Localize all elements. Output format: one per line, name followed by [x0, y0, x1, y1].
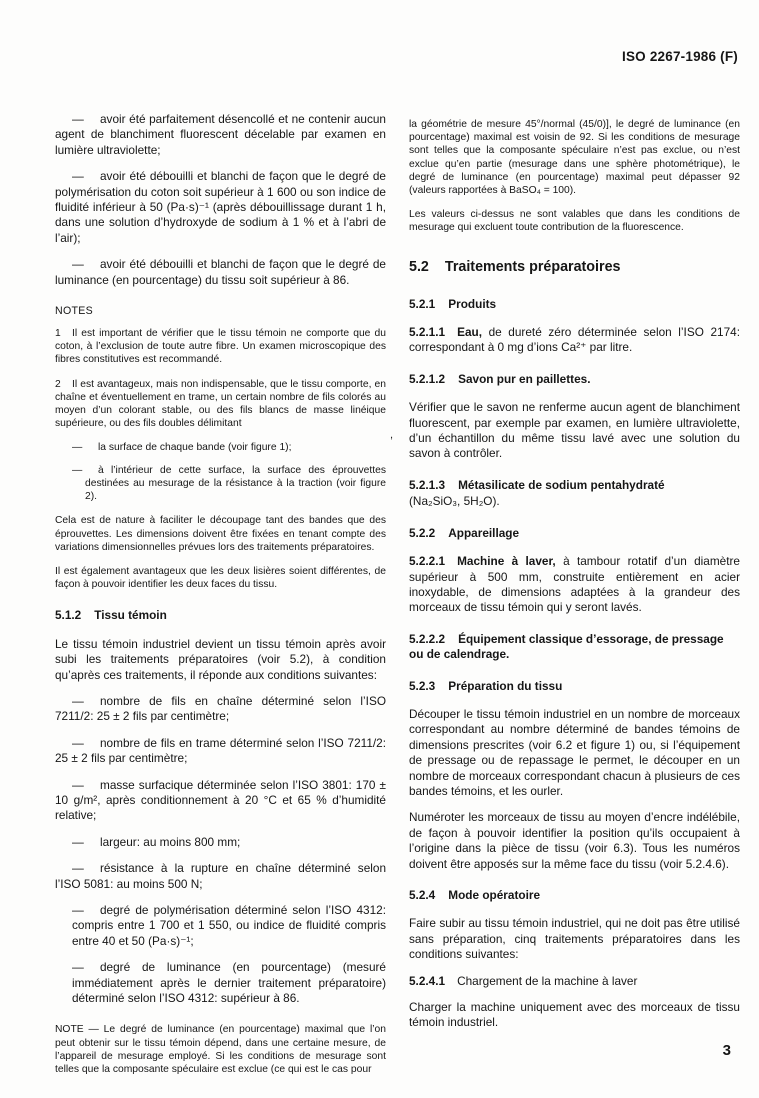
clause-title: Savon pur en paillettes.: [458, 372, 590, 386]
clause-5-1-2-heading: 5.1.2Tissu témoin: [55, 608, 386, 623]
clause-number: 5.2.2.1: [409, 554, 445, 569]
dash-marker: —: [72, 464, 98, 477]
list-item-text: largeur: au moins 800 mm;: [100, 835, 240, 849]
clause-5-2-1-3-heading: 5.2.1.3Métasilicate de sodium pentahydra…: [409, 478, 740, 493]
note-list-item: —la surface de chaque bande (voir figure…: [55, 441, 386, 454]
clause-5-2-heading: 5.2Traitements préparatoires: [409, 259, 740, 275]
clause-number: 5.2.1.3: [409, 478, 445, 493]
list-item: —degré de polymérisation déterminé selon…: [55, 903, 386, 949]
note-text: Il est avantageux, mais non indispensabl…: [55, 379, 386, 430]
list-item: —masse surfacique déterminée selon l’ISO…: [55, 778, 386, 824]
note-number: 1: [55, 327, 72, 340]
note-text: Il est important de vérifier que le tiss…: [55, 328, 386, 365]
list-item-text: avoir été débouilli et blanchi de façon …: [55, 169, 386, 245]
list-item: —avoir été débouilli et blanchi de façon…: [55, 257, 386, 288]
note-list-item: —à l’intérieur de cette surface, la surf…: [55, 464, 386, 504]
note-paragraph: NOTE — Le degré de luminance (en pourcen…: [55, 1023, 386, 1076]
clause-5-2-1-heading: 5.2.1Produits: [409, 297, 740, 312]
list-item: —avoir été débouilli et blanchi de façon…: [55, 169, 386, 246]
dash-marker: —: [72, 778, 100, 793]
note-paragraph: 2Il est avantageux, mais non indispensab…: [55, 378, 386, 431]
clause-title: Appareillage: [448, 526, 519, 540]
clause-5-2-2-1-paragraph: 5.2.2.1Machine à laver, à tambour rotati…: [409, 554, 740, 616]
dash-marker: —: [72, 835, 100, 850]
page-number: 3: [723, 1042, 731, 1059]
clause-number: 5.2.2.2: [409, 632, 445, 647]
paragraph: Charger la machine uniquement avec des m…: [409, 1000, 740, 1031]
note-paragraph: Les valeurs ci-dessus ne sont valables q…: [409, 208, 740, 234]
list-item: —avoir été parfaitement désencollé et ne…: [55, 112, 386, 158]
dash-marker: —: [72, 903, 100, 918]
dash-marker: —: [72, 169, 100, 184]
note-paragraph: Il est également avantageux que les deux…: [55, 565, 386, 591]
list-item-text: à l’intérieur de cette surface, la surfa…: [85, 465, 386, 502]
chemical-formula: (Na₂SiO₃, 5H₂O).: [409, 494, 740, 509]
clause-number: 5.2.4: [409, 888, 435, 903]
list-item-text: nombre de fils en chaîne déterminé selon…: [55, 694, 386, 723]
clause-5-2-1-1-paragraph: 5.2.1.1Eau, de dureté zéro déterminée se…: [409, 325, 740, 356]
list-item-text: avoir été débouilli et blanchi de façon …: [55, 257, 386, 286]
clause-title: Préparation du tissu: [448, 679, 562, 693]
clause-title: Mode opératoire: [448, 888, 540, 902]
clause-title: Produits: [448, 297, 496, 311]
dash-marker: —: [72, 257, 100, 272]
document-page: ISO 2267-1986 (F) , —avoir été parfaitem…: [0, 0, 759, 1098]
dash-marker: —: [72, 960, 100, 975]
list-item-text: avoir été parfaitement désencollé et ne …: [55, 112, 386, 157]
paragraph: Faire subir au tissu témoin industriel, …: [409, 916, 740, 962]
dash-marker: —: [72, 694, 100, 709]
paragraph: Le tissu témoin industriel devient un ti…: [55, 637, 386, 683]
page-header: ISO 2267-1986 (F): [0, 49, 738, 64]
two-column-body: —avoir été parfaitement désencollé et ne…: [55, 112, 740, 1087]
list-item-text: nombre de fils en trame déterminé selon …: [55, 736, 386, 765]
clause-number: 5.2: [409, 259, 429, 275]
clause-lead: Machine à laver,: [457, 554, 556, 568]
notes-heading: NOTES: [55, 305, 386, 317]
clause-title: Tissu témoin: [94, 608, 167, 622]
clause-title: Chargement de la machine à laver: [457, 974, 637, 988]
dash-marker: —: [72, 861, 100, 876]
note-paragraph: Cela est de nature à faciliter le découp…: [55, 514, 386, 554]
note-paragraph: 1Il est important de vérifier que le tis…: [55, 327, 386, 367]
list-item: —nombre de fils en chaîne déterminé selo…: [55, 694, 386, 725]
dash-marker: —: [72, 441, 98, 454]
list-item-text: résistance à la rupture en chaîne déterm…: [55, 861, 386, 890]
list-item: —résistance à la rupture en chaîne déter…: [55, 861, 386, 892]
clause-title: Métasilicate de sodium pentahydraté: [458, 478, 665, 492]
clause-number: 5.2.1.1: [409, 325, 445, 340]
clause-number: 5.2.2: [409, 526, 435, 541]
clause-5-2-1-2-heading: 5.2.1.2Savon pur en paillettes.: [409, 372, 740, 387]
clause-number: 5.2.4.1: [409, 974, 445, 989]
note-number: 2: [55, 378, 72, 391]
clause-number: 5.2.3: [409, 679, 435, 694]
clause-number: 5.1.2: [55, 608, 81, 623]
clause-number: 5.2.1: [409, 297, 435, 312]
doc-reference: ISO 2267-1986 (F): [622, 49, 738, 64]
clause-title: Équipement classique d’essorage, de pres…: [409, 632, 724, 661]
paragraph: Découper le tissu témoin industriel en u…: [409, 707, 740, 799]
list-item-text: degré de polymérisation déterminé selon …: [72, 903, 386, 948]
clause-lead: Eau,: [457, 325, 482, 339]
dash-marker: —: [72, 112, 100, 127]
clause-5-2-4-heading: 5.2.4Mode opératoire: [409, 888, 740, 903]
list-item: —nombre de fils en trame déterminé selon…: [55, 736, 386, 767]
list-item: —largeur: au moins 800 mm;: [55, 835, 386, 850]
dash-marker: —: [72, 736, 100, 751]
clause-number: 5.2.1.2: [409, 372, 445, 387]
paragraph: Vérifier que le savon ne renferme aucun …: [409, 400, 740, 462]
left-column: —avoir été parfaitement désencollé et ne…: [55, 112, 386, 1087]
list-item-text: masse surfacique déterminée selon l’ISO …: [55, 778, 386, 823]
right-column: la géométrie de mesure 45°/normal (45/0)…: [409, 112, 740, 1087]
list-item: —degré de luminance (en pourcentage) (me…: [55, 960, 386, 1006]
clause-5-2-3-heading: 5.2.3Préparation du tissu: [409, 679, 740, 694]
clause-title: Traitements préparatoires: [445, 259, 621, 275]
clause-5-2-2-2-heading: 5.2.2.2Équipement classique d’essorage, …: [409, 632, 740, 663]
paragraph: Numéroter les morceaux de tissu au moyen…: [409, 810, 740, 872]
list-item-text: degré de luminance (en pourcentage) (mes…: [72, 960, 386, 1005]
clause-5-2-2-heading: 5.2.2Appareillage: [409, 526, 740, 541]
list-item-text: la surface de chaque bande (voir figure …: [98, 442, 291, 453]
clause-5-2-4-1-paragraph: 5.2.4.1Chargement de la machine à laver: [409, 974, 740, 989]
note-paragraph: la géométrie de mesure 45°/normal (45/0)…: [409, 118, 740, 197]
